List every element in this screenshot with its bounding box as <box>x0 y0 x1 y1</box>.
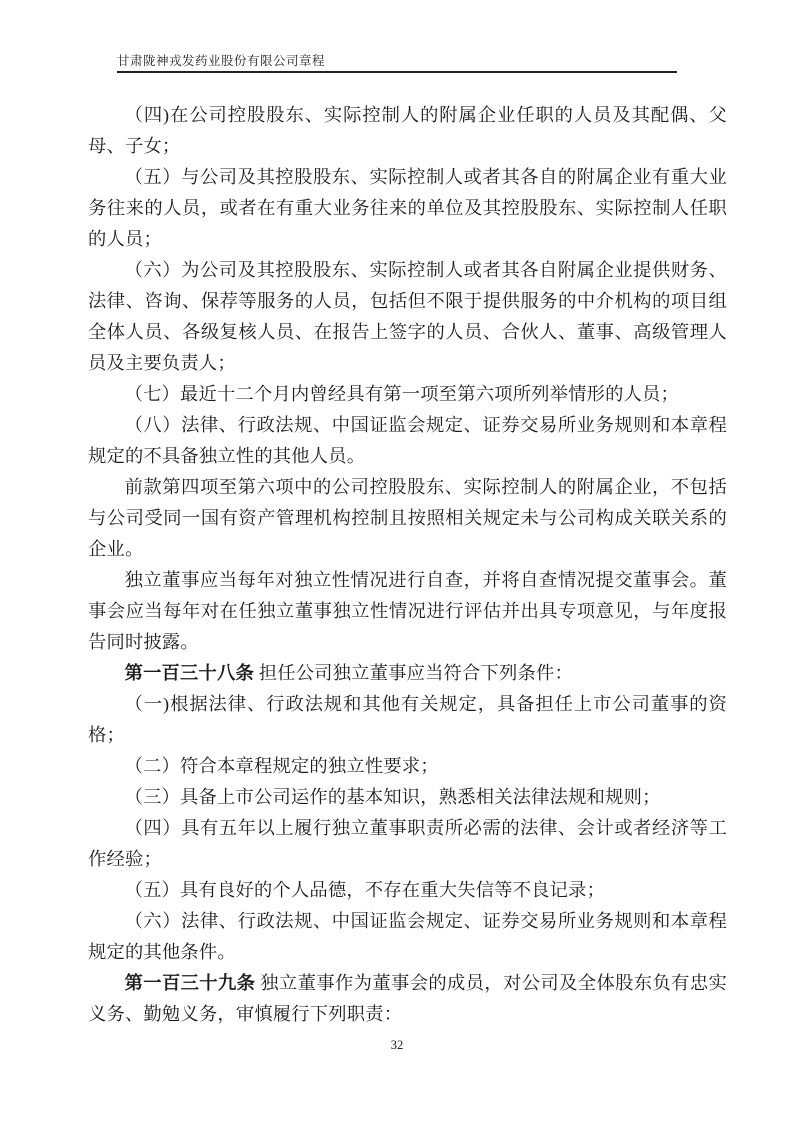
body-paragraph: （二）符合本章程规定的独立性要求； <box>88 751 727 782</box>
body-paragraph: （六）法律、行政法规、中国证监会规定、证券交易所业务规则和本章程规定的其他条件。 <box>88 906 727 968</box>
body-paragraph: （七）最近十二个月内曾经具有第一项至第六项所列举情形的人员； <box>88 379 727 410</box>
body-paragraph: （三）具备上市公司运作的基本知识，熟悉相关法律法规和规则； <box>88 782 727 813</box>
article-text: 担任公司独立董事应当符合下列条件： <box>254 663 573 683</box>
body-paragraph: 独立董事应当每年对独立性情况进行自查，并将自查情况提交董事会。董事会应当每年对在… <box>88 565 727 658</box>
body-paragraph: 前款第四项至第六项中的公司控股股东、实际控制人的附属企业，不包括与公司受同一国有… <box>88 472 727 565</box>
body-paragraph: （五）具有良好的个人品德，不存在重大失信等不良记录； <box>88 875 727 906</box>
body-paragraph: （四）具有五年以上履行独立董事职责所必需的法律、会计或者经济等工作经验； <box>88 813 727 875</box>
article-number: 第一百三十九条 <box>125 973 256 993</box>
body-paragraph: （一)根据法律、行政法规和其他有关规定，具备担任上市公司董事的资格； <box>88 689 727 751</box>
body-paragraph: （四)在公司控股股东、实际控制人的附属企业任职的人员及其配偶、父母、子女； <box>88 100 727 162</box>
body-paragraph: （八）法律、行政法规、中国证监会规定、证券交易所业务规则和本章程规定的不具备独立… <box>88 410 727 472</box>
article-number: 第一百三十八条 <box>125 663 254 683</box>
body-paragraph: （五）与公司及其控股股东、实际控制人或者其各自的附属企业有重大业务往来的人员，或… <box>88 162 727 255</box>
body-paragraph: （六）为公司及其控股股东、实际控制人或者其各自附属企业提供财务、法律、咨询、保荐… <box>88 255 727 379</box>
page-header: 甘肃陇神戎发药业股份有限公司章程 <box>117 53 677 69</box>
page-footer: 32 <box>0 1038 794 1053</box>
document-page: 甘肃陇神戎发药业股份有限公司章程 （四)在公司控股股东、实际控制人的附属企业任职… <box>0 0 794 1122</box>
header-rule <box>117 71 677 73</box>
body-paragraph-article-138: 第一百三十八条 担任公司独立董事应当符合下列条件： <box>88 658 727 689</box>
page-number: 32 <box>391 1038 404 1052</box>
document-body: （四)在公司控股股东、实际控制人的附属企业任职的人员及其配偶、父母、子女； （五… <box>88 100 727 1030</box>
body-paragraph-article-139: 第一百三十九条 独立董事作为董事会的成员，对公司及全体股东负有忠实义务、勤勉义务… <box>88 968 727 1030</box>
page-header-title: 甘肃陇神戎发药业股份有限公司章程 <box>117 54 325 68</box>
